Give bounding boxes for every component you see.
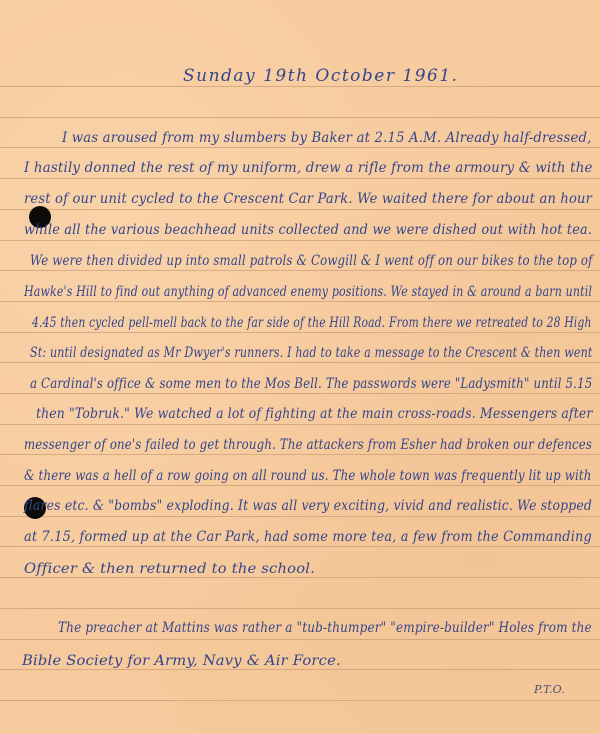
diary-line: then "Tobruk." We watched a lot of fight… [36, 406, 592, 422]
diary-line: messenger of one's failed to get through… [24, 437, 592, 453]
diary-line: rest of our unit cycled to the Crescent … [24, 191, 592, 207]
diary-line: while all the various beachhead units co… [24, 222, 592, 238]
rule-line [0, 454, 600, 455]
diary-line: a Cardinal's office & some men to the Mo… [30, 376, 592, 392]
diary-line: flares etc. & "bombs" exploding. It was … [24, 498, 592, 514]
rule-line [0, 332, 600, 333]
diary-date-heading: Sunday 19th October 1961. [183, 66, 459, 86]
diary-line: Officer & then returned to the school. [24, 561, 315, 577]
rule-line [0, 178, 600, 179]
rule-line [0, 147, 600, 148]
diary-line: 4.45 then cycled pell-mell back to the f… [32, 315, 592, 331]
rule-line [0, 117, 600, 118]
rule-line [0, 485, 600, 486]
rule-line [0, 424, 600, 425]
rule-line [0, 516, 600, 517]
rule-line [0, 577, 600, 578]
diary-line: Hawke's Hill to find out anything of adv… [24, 284, 592, 300]
diary-line: Bible Society for Army, Navy & Air Force… [22, 653, 341, 669]
diary-page: Sunday 19th October 1961. I was aroused … [0, 0, 600, 734]
rule-line [0, 209, 600, 210]
rule-line [0, 301, 600, 302]
diary-line: & there was a hell of a row going on all… [24, 468, 592, 484]
rule-line [0, 270, 600, 271]
rule-line [0, 608, 600, 609]
diary-line: I hastily donned the rest of my uniform,… [24, 160, 593, 176]
rule-line [0, 240, 600, 241]
please-turn-over-note: P.T.O. [534, 683, 565, 696]
rule-line [0, 546, 600, 547]
diary-line: I was aroused from my slumbers by Baker … [62, 130, 592, 146]
rule-line [0, 86, 600, 87]
rule-line [0, 362, 600, 363]
diary-line: The preacher at Mattins was rather a "tu… [58, 620, 592, 636]
rule-line [0, 669, 600, 670]
diary-line: at 7.15, formed up at the Car Park, had … [24, 529, 592, 545]
rule-line [0, 639, 600, 640]
rule-line [0, 700, 600, 701]
diary-line: We were then divided up into small patro… [30, 253, 593, 269]
diary-line: St: until designated as Mr Dwyer's runne… [30, 345, 593, 361]
rule-line [0, 393, 600, 394]
